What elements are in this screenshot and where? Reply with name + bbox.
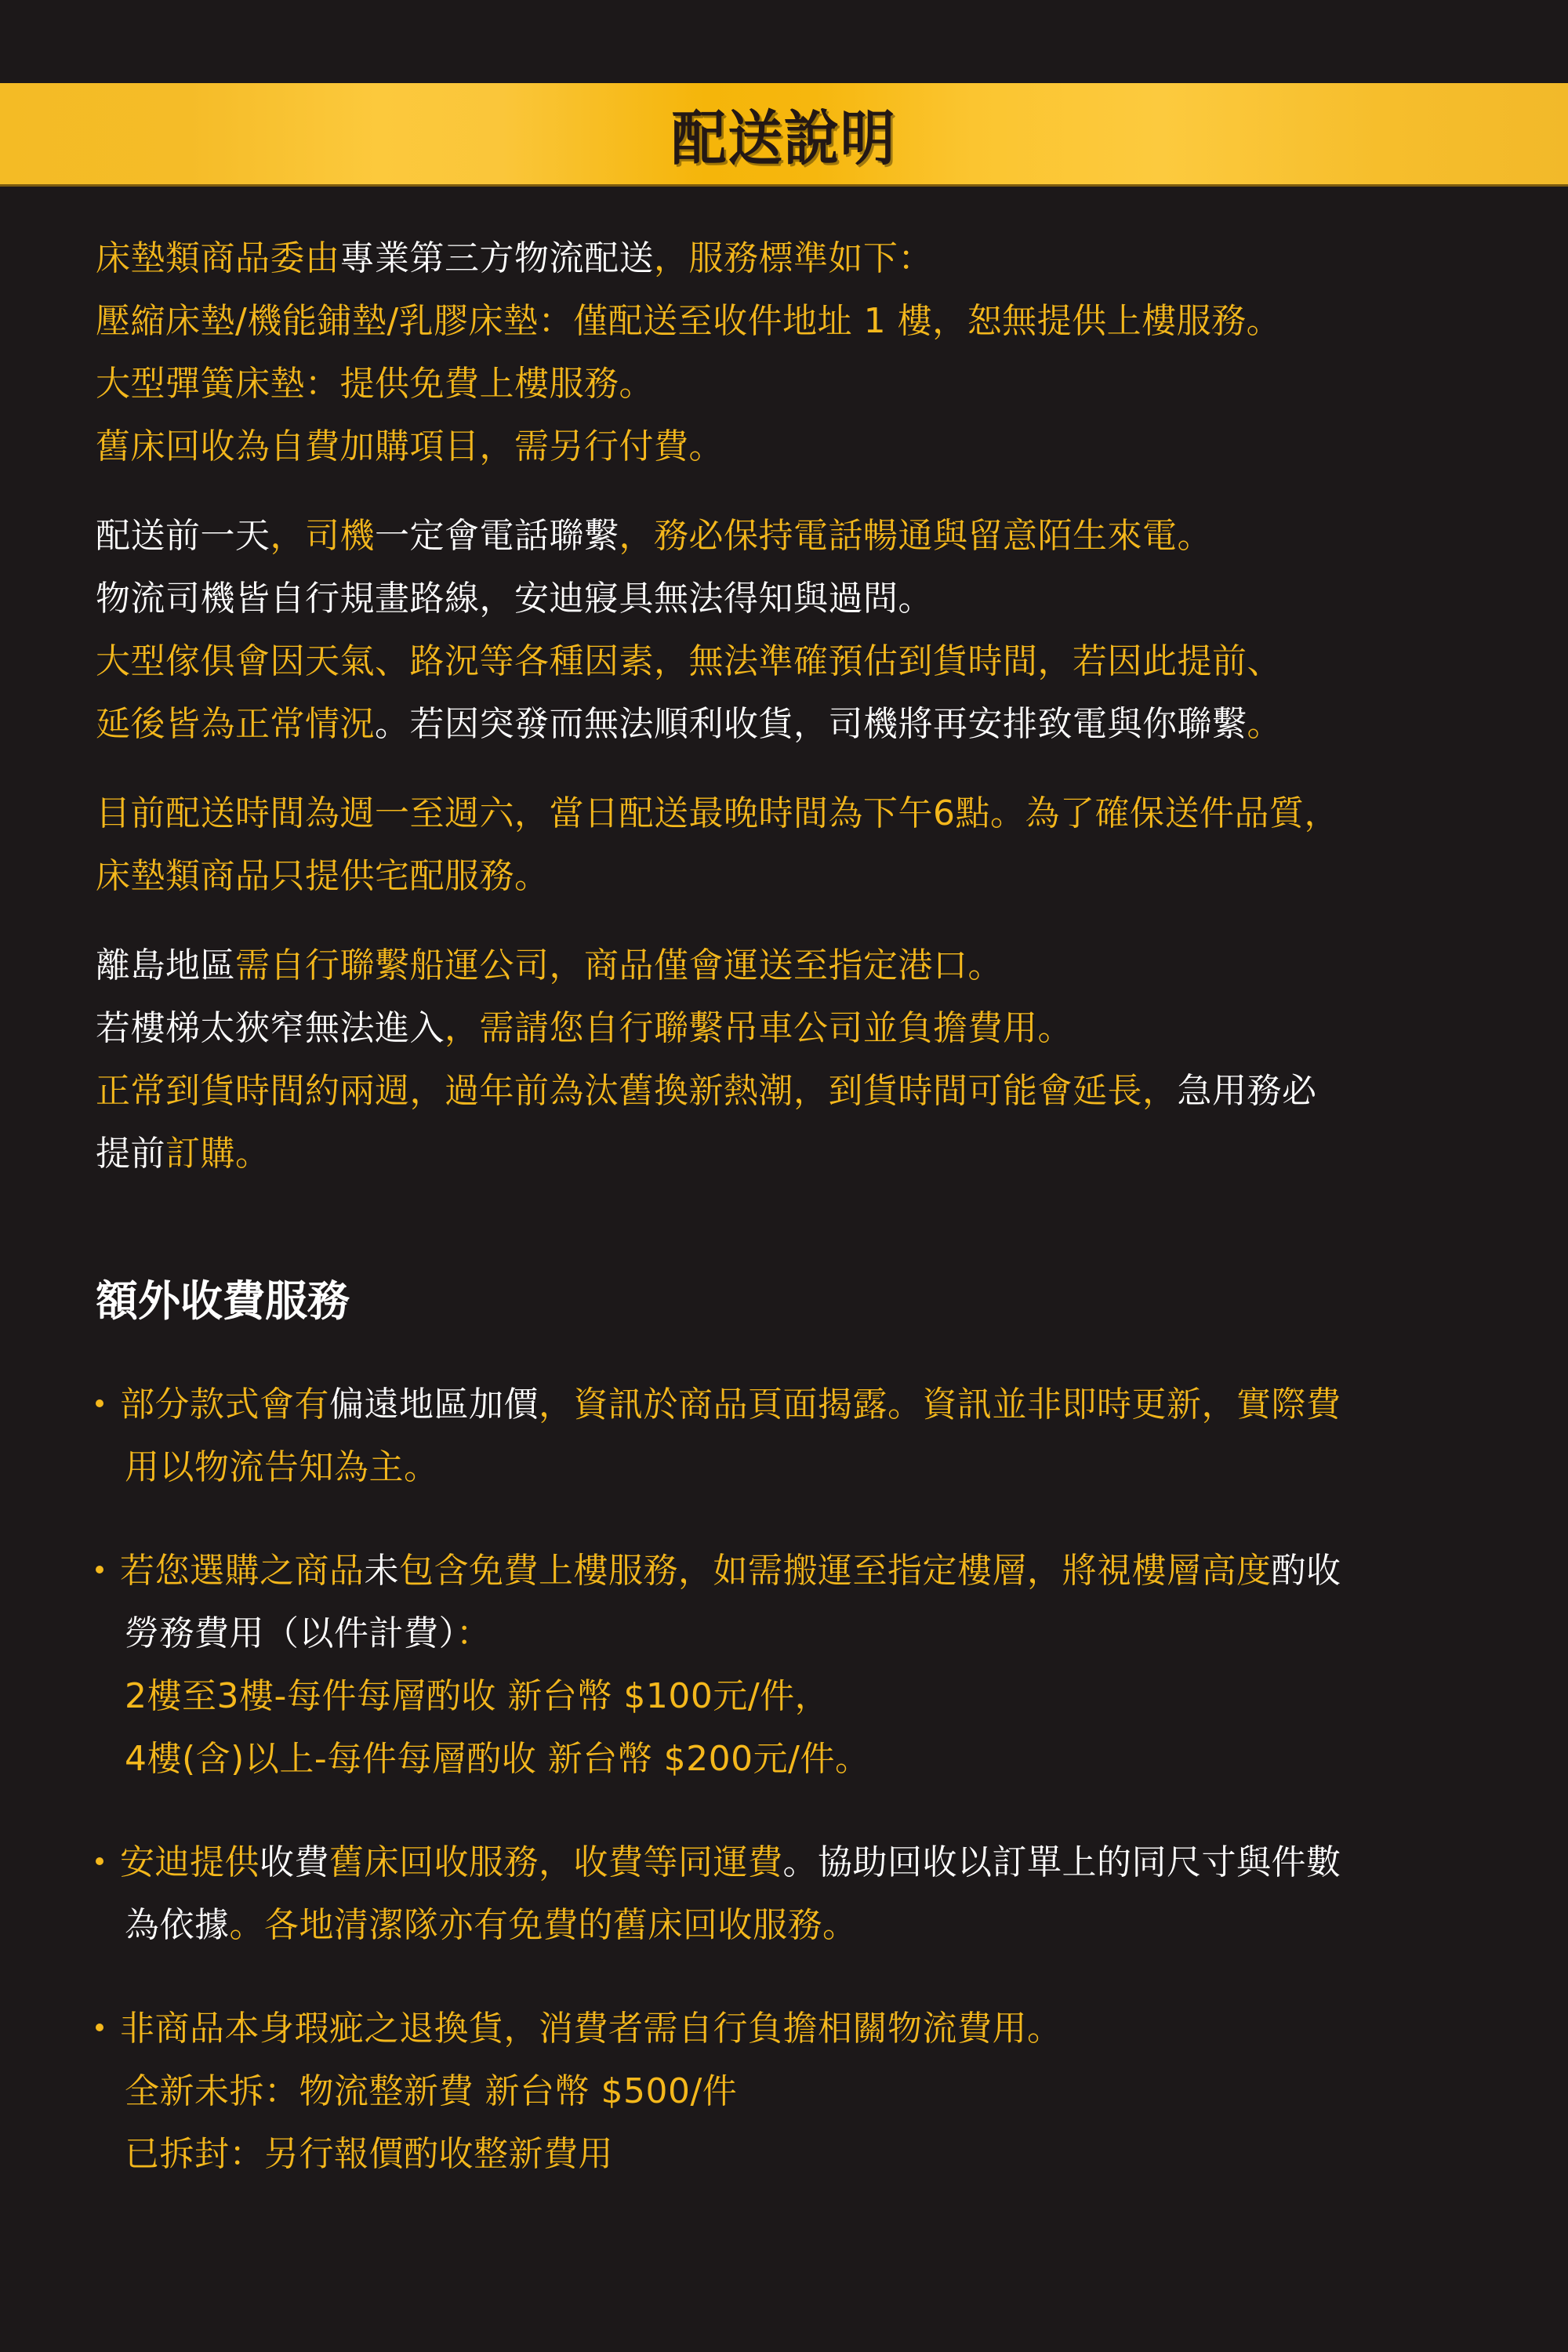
list-item: 若您選購之商品未包含免費上樓服務，如需搬運至指定樓層，將視樓層高度酌收勞務費用（… bbox=[96, 1540, 1507, 1791]
text-segment-highlight: 需自行聯繫船運公司，商品僅會運送至指定港口。 bbox=[235, 946, 1003, 985]
text-segment-highlight: 大型傢俱會因天氣、路況等各種因素，無法準確預估到貨時間，若因此提前、 bbox=[96, 641, 1282, 681]
text-segment-highlight: 舊床回收服務，收費等同運費 bbox=[329, 1842, 783, 1882]
text-line: 若樓梯太狹窄無法進入，需請您自行聯繫吊車公司並負擔費用。 bbox=[96, 997, 1507, 1060]
text-segment-highlight: 訂購。 bbox=[165, 1134, 270, 1174]
text-line: 舊床回收為自費加購項目，需另行付費。 bbox=[96, 416, 1507, 478]
text-segment-highlight: 正常到貨時間約兩週，過年前為汰舊換新熱潮，到貨時間可能會延長， bbox=[96, 1071, 1178, 1111]
text-segment-highlight: 全新未拆：物流整新費 新台幣 $500/件 bbox=[125, 2071, 737, 2111]
text-segment-white: 。協助回收以訂單上的同尺寸與件數 bbox=[783, 1842, 1341, 1882]
text-line: 床墊類商品只提供宅配服務。 bbox=[96, 845, 1507, 908]
text-segment-highlight: 床墊類商品只提供宅配服務。 bbox=[96, 856, 550, 896]
bullet-dot-icon bbox=[96, 1566, 103, 1573]
paragraph-block: 離島地區需自行聯繫船運公司，商品僅會運送至指定港口。若樓梯太狹窄無法進入，需請您… bbox=[96, 935, 1507, 1185]
text-line: 為依據。各地清潔隊亦有免費的舊床回收服務。 bbox=[120, 1894, 1507, 1957]
header-banner: 配送說明 bbox=[0, 83, 1568, 187]
text-segment-white: 一定會電話聯繫 bbox=[375, 516, 619, 556]
paragraph-block: 床墊類商品委由專業第三方物流配送，服務標準如下：壓縮床墊/機能鋪墊/乳膠床墊：僅… bbox=[96, 227, 1507, 478]
text-segment-white: 配送前一天 bbox=[96, 516, 270, 556]
list-item: 部分款式會有偏遠地區加價，資訊於商品頁面揭露。資訊並非即時更新，實際費用以物流告… bbox=[96, 1374, 1507, 1499]
delivery-info-content: 床墊類商品委由專業第三方物流配送，服務標準如下：壓縮床墊/機能鋪墊/乳膠床墊：僅… bbox=[96, 227, 1507, 2227]
text-segment-highlight: ： bbox=[456, 1613, 492, 1653]
text-segment-highlight: ，需請您自行聯繫吊車公司並負擔費用。 bbox=[445, 1008, 1073, 1048]
page-title: 配送說明 bbox=[671, 91, 896, 176]
text-line: 4樓(含)以上-每件每層酌收 新台幣 $200元/件。 bbox=[120, 1728, 1507, 1791]
text-segment-highlight: 。各地清潔隊亦有免費的舊床回收服務。 bbox=[230, 1905, 858, 1945]
text-segment-white: 離島地區 bbox=[96, 946, 235, 985]
text-segment-white: 專業第三方物流配送 bbox=[340, 238, 655, 278]
text-line: 勞務費用（以件計費）： bbox=[120, 1602, 1507, 1665]
text-segment-highlight: 床墊類商品委由 bbox=[96, 238, 340, 278]
text-segment-highlight: 若您選購之商品 bbox=[120, 1551, 365, 1591]
text-segment-highlight: 4樓(含)以上-每件每層酌收 新台幣 $200元/件。 bbox=[125, 1739, 869, 1779]
text-line: 目前配送時間為週一至週六，當日配送最晚時間為下午6點。為了確保送件品質， bbox=[96, 782, 1507, 845]
text-segment-highlight: ，服務標準如下： bbox=[654, 238, 933, 278]
text-line: 配送前一天，司機一定會電話聯繫，務必保持電話暢通與留意陌生來電。 bbox=[96, 505, 1507, 568]
bullet-dot-icon bbox=[96, 1857, 103, 1865]
text-segment-highlight: 包含免費上樓服務，如需搬運至指定樓層，將視樓層高度 bbox=[399, 1551, 1272, 1591]
text-segment-highlight: 2樓至3樓-每件每層酌收 新台幣 $100元/件， bbox=[125, 1676, 829, 1716]
text-segment-highlight: ，司機 bbox=[270, 516, 376, 556]
text-line: 全新未拆：物流整新費 新台幣 $500/件 bbox=[120, 2060, 1507, 2123]
text-segment-highlight: 非商品本身瑕疵之退換貨，消費者需自行負擔相關物流費用。 bbox=[120, 2009, 1062, 2049]
text-line: 壓縮床墊/機能鋪墊/乳膠床墊：僅配送至收件地址 1 樓，恕無提供上樓服務。 bbox=[96, 290, 1507, 353]
text-segment-highlight: 用以物流告知為主。 bbox=[125, 1447, 439, 1487]
text-line: 大型傢俱會因天氣、路況等各種因素，無法準確預估到貨時間，若因此提前、 bbox=[96, 630, 1507, 693]
text-segment-highlight: 延後皆為正常情況 bbox=[96, 704, 375, 744]
text-line: 非商品本身瑕疵之退換貨，消費者需自行負擔相關物流費用。 bbox=[120, 1998, 1507, 2060]
text-line: 正常到貨時間約兩週，過年前為汰舊換新熱潮，到貨時間可能會延長，急用務必 bbox=[96, 1060, 1507, 1123]
text-line: 用以物流告知為主。 bbox=[120, 1436, 1507, 1499]
text-line: 部分款式會有偏遠地區加價，資訊於商品頁面揭露。資訊並非即時更新，實際費 bbox=[120, 1374, 1507, 1436]
text-segment-highlight: ，務必保持電話暢通與留意陌生來電。 bbox=[619, 516, 1213, 556]
bullet-dot-icon bbox=[96, 2024, 103, 2031]
text-line: 2樓至3樓-每件每層酌收 新台幣 $100元/件， bbox=[120, 1665, 1507, 1728]
text-segment-white: 提前 bbox=[96, 1134, 165, 1174]
text-segment-highlight: 部分款式會有 bbox=[120, 1385, 329, 1425]
paragraph-block: 配送前一天，司機一定會電話聯繫，務必保持電話暢通與留意陌生來電。物流司機皆自行規… bbox=[96, 505, 1507, 756]
delivery-notes: 床墊類商品委由專業第三方物流配送，服務標準如下：壓縮床墊/機能鋪墊/乳膠床墊：僅… bbox=[96, 227, 1507, 1185]
text-segment-highlight: 目前配送時間為週一至週六，當日配送最晚時間為下午6點。為了確保送件品質， bbox=[96, 793, 1339, 833]
text-segment-highlight: 安迪提供 bbox=[120, 1842, 260, 1882]
text-line: 大型彈簧床墊：提供免費上樓服務。 bbox=[96, 353, 1507, 416]
text-line: 離島地區需自行聯繫船運公司，商品僅會運送至指定港口。 bbox=[96, 935, 1507, 997]
list-item: 安迪提供收費舊床回收服務，收費等同運費。協助回收以訂單上的同尺寸與件數為依據。各… bbox=[96, 1831, 1507, 1957]
bullet-dot-icon bbox=[96, 1399, 103, 1407]
text-segment-white: 。若因突發而無法順利收貨，司機將再安排致電與你聯繫 bbox=[375, 704, 1247, 744]
text-segment-white: 未 bbox=[365, 1551, 400, 1591]
text-line: 延後皆為正常情況。若因突發而無法順利收貨，司機將再安排致電與你聯繫。 bbox=[96, 693, 1507, 756]
text-segment-white: 若樓梯太狹窄無法進入 bbox=[96, 1008, 445, 1048]
text-line: 床墊類商品委由專業第三方物流配送，服務標準如下： bbox=[96, 227, 1507, 290]
text-segment-white: 為依據 bbox=[125, 1905, 230, 1945]
text-segment-highlight: 。 bbox=[1247, 704, 1283, 744]
extra-fees-heading: 額外收費服務 bbox=[96, 1270, 1507, 1333]
text-segment-white: 偏遠地區加價 bbox=[329, 1385, 539, 1425]
list-item: 非商品本身瑕疵之退換貨，消費者需自行負擔相關物流費用。全新未拆：物流整新費 新台… bbox=[96, 1998, 1507, 2186]
text-line: 已拆封：另行報價酌收整新費用 bbox=[120, 2123, 1507, 2186]
text-segment-highlight: 大型彈簧床墊：提供免費上樓服務。 bbox=[96, 364, 654, 404]
text-segment-white: 急用務必 bbox=[1178, 1071, 1317, 1111]
text-segment-highlight: 壓縮床墊/機能鋪墊/乳膠床墊：僅配送至收件地址 1 樓，恕無提供上樓服務。 bbox=[96, 301, 1281, 341]
text-line: 提前訂購。 bbox=[96, 1123, 1507, 1185]
paragraph-block: 目前配送時間為週一至週六，當日配送最晚時間為下午6點。為了確保送件品質，床墊類商… bbox=[96, 782, 1507, 908]
text-segment-white: 物流司機皆自行規畫路線，安迪寢具無法得知與過問。 bbox=[96, 579, 933, 619]
extra-fees-list: 部分款式會有偏遠地區加價，資訊於商品頁面揭露。資訊並非即時更新，實際費用以物流告… bbox=[96, 1374, 1507, 2186]
text-segment-highlight: ，資訊於商品頁面揭露。資訊並非即時更新，實際費 bbox=[539, 1385, 1341, 1425]
text-line: 安迪提供收費舊床回收服務，收費等同運費。協助回收以訂單上的同尺寸與件數 bbox=[120, 1831, 1507, 1894]
text-segment-white: 酌收 bbox=[1272, 1551, 1341, 1591]
text-segment-white: 勞務費用（以件計費） bbox=[125, 1613, 456, 1653]
text-segment-white: 收費 bbox=[260, 1842, 329, 1882]
text-segment-highlight: 舊床回收為自費加購項目，需另行付費。 bbox=[96, 426, 724, 466]
text-line: 物流司機皆自行規畫路線，安迪寢具無法得知與過問。 bbox=[96, 568, 1507, 630]
text-line: 若您選購之商品未包含免費上樓服務，如需搬運至指定樓層，將視樓層高度酌收 bbox=[120, 1540, 1507, 1602]
text-segment-highlight: 已拆封：另行報價酌收整新費用 bbox=[125, 2134, 613, 2174]
